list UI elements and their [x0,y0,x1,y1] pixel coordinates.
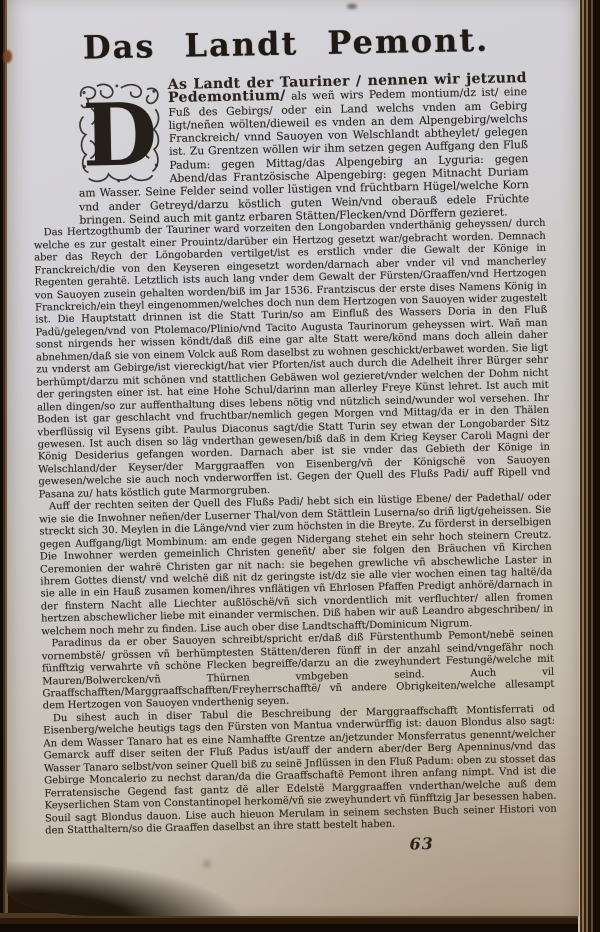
paragraph-paradinus: Paradinus da er ober Sauoyen schreibt/sp… [41,629,554,714]
book-page: Das Landt Pemont. [7,0,579,916]
paragraph-intro: D As Landt der Tauriner / nennen wir jet… [77,72,530,227]
page-title: Das Landt Pemont. [30,20,543,68]
paragraph-montisferrat: Du sihest auch in diser Tabul die Beschr… [43,704,557,838]
drop-cap-ornate-initial-D: D [77,81,163,186]
paragraph-hertzogthumb: Das Hertzogthumb der Tauriner ward vorze… [34,218,551,502]
page-number: 63 [409,832,557,854]
page-content: Das Landt Pemont. [5,0,594,922]
svg-text:D: D [82,84,159,186]
paragraph-padethal: Auff der rechten seiten der Quell des Fl… [39,492,554,639]
book-photo: Das Landt Pemont. [0,0,600,932]
